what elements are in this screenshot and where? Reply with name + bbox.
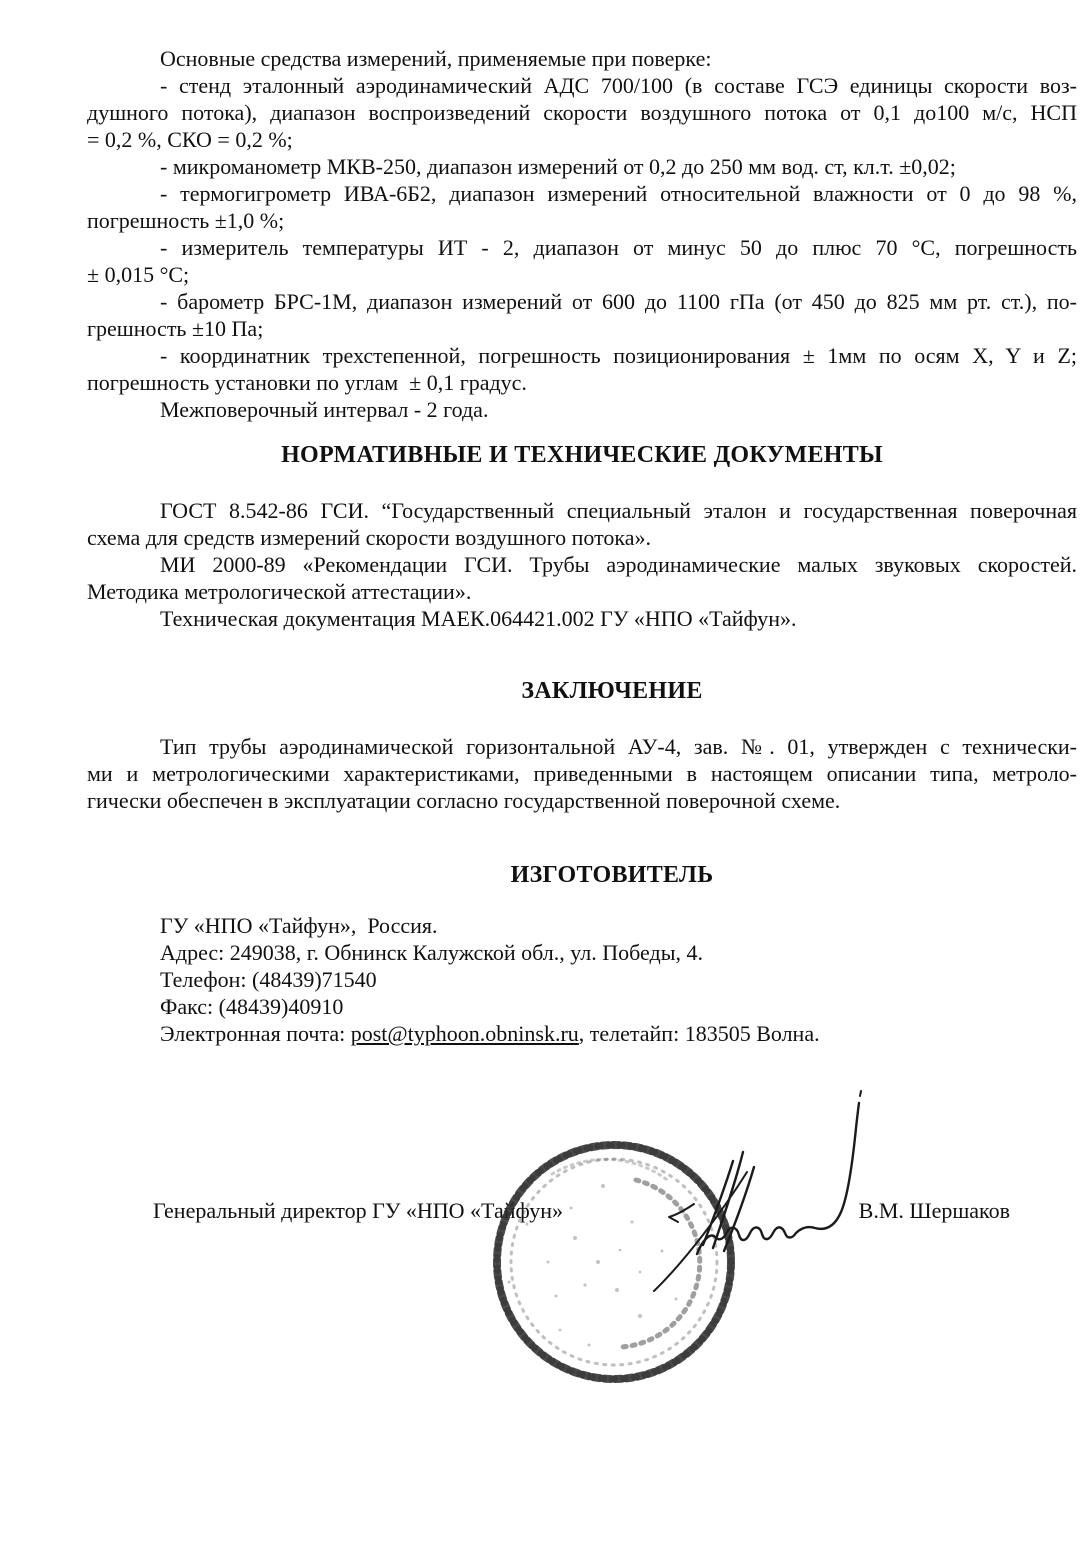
text-line: - измеритель температуры ИТ - 2, диапазо…	[87, 234, 1077, 261]
signatory-name: В.М. Шершаков	[859, 1197, 1010, 1224]
text-line: Межповерочный интервал - 2 года.	[87, 396, 1077, 423]
section-heading-conclusion: ЗАКЛЮЧЕНИЕ	[117, 678, 1086, 705]
text-line: Методика метрологической аттестации».	[87, 578, 1077, 605]
address-line: Адрес: 249038, г. Обнинск Калужской обл.…	[87, 939, 1077, 966]
text-line: - термогигрометр ИВА-6Б2, диапазон измер…	[87, 180, 1077, 207]
text-line: - барометр БРС-1М, диапазон измерений от…	[87, 288, 1077, 315]
text-line: погрешность установки по углам ± 0,1 гра…	[87, 369, 1077, 396]
signatory-title: Генеральный директор ГУ «НПО «Тайфун»	[153, 1197, 563, 1224]
text-line: Основные средства измерений, применяемые…	[87, 45, 1077, 72]
email-line: Электронная почта: post@typhoon.obninsk.…	[87, 1020, 1077, 1047]
paragraph-verification-means: Основные средства измерений, применяемые…	[87, 45, 1077, 423]
signature-row: Генеральный директор ГУ «НПО «Тайфун» В.…	[87, 1197, 1077, 1224]
section-heading-normative-docs: НОРМАТИВНЫЕ И ТЕХНИЧЕСКИЕ ДОКУМЕНТЫ	[87, 442, 1077, 469]
text-line: Тип трубы аэродинамической горизонтально…	[87, 733, 1077, 760]
text-line: ± 0,015 °С;	[87, 261, 1077, 288]
text-line: душного потока), диапазон воспроизведени…	[87, 99, 1077, 126]
scanned-document-page: Основные средства измерений, применяемые…	[0, 0, 1086, 1560]
text-line: - координатник трехстепенной, погрешност…	[87, 342, 1077, 369]
text-line: - стенд эталонный аэродинамический АДС 7…	[87, 72, 1077, 99]
text-line: - микроманометр МКВ-250, диапазон измере…	[87, 153, 1077, 180]
email-label: Электронная почта:	[160, 1021, 351, 1046]
manufacturer-name-line: ГУ «НПО «Тайфун», Россия.	[87, 912, 1077, 939]
text-line: Техническая документация МАЕК.064421.002…	[87, 605, 1077, 632]
text-column: Основные средства измерений, применяемые…	[87, 45, 1077, 1224]
phone-line: Телефон: (48439)71540	[87, 966, 1077, 993]
manufacturer-contact-block: ГУ «НПО «Тайфун», Россия. Адрес: 249038,…	[87, 912, 1077, 1047]
text-line: ГОСТ 8.542-86 ГСИ. “Государственный спец…	[87, 497, 1077, 524]
text-line: = 0,2 %, СКО = 0,2 %;	[87, 126, 1077, 153]
text-line: погрешность ±1,0 %;	[87, 207, 1077, 234]
fax-line: Факс: (48439)40910	[87, 993, 1077, 1020]
section-heading-manufacturer: ИЗГОТОВИТЕЛЬ	[117, 862, 1086, 889]
text-line: грешность ±10 Па;	[87, 315, 1077, 342]
teletype-text: , телетайп: 183505 Волна.	[579, 1021, 820, 1046]
text-line: гически обеспечен в эксплуатации согласн…	[87, 787, 1077, 814]
text-line: схема для средств измерений скорости воз…	[87, 524, 1077, 551]
text-line: МИ 2000-89 «Рекомендации ГСИ. Трубы аэро…	[87, 551, 1077, 578]
paragraph-conclusion: Тип трубы аэродинамической горизонтально…	[87, 733, 1077, 814]
email-address: post@typhoon.obninsk.ru	[351, 1021, 579, 1046]
text-line: ми и метрологическими характеристиками, …	[87, 760, 1077, 787]
paragraph-normative-docs: ГОСТ 8.542-86 ГСИ. “Государственный спец…	[87, 497, 1077, 632]
